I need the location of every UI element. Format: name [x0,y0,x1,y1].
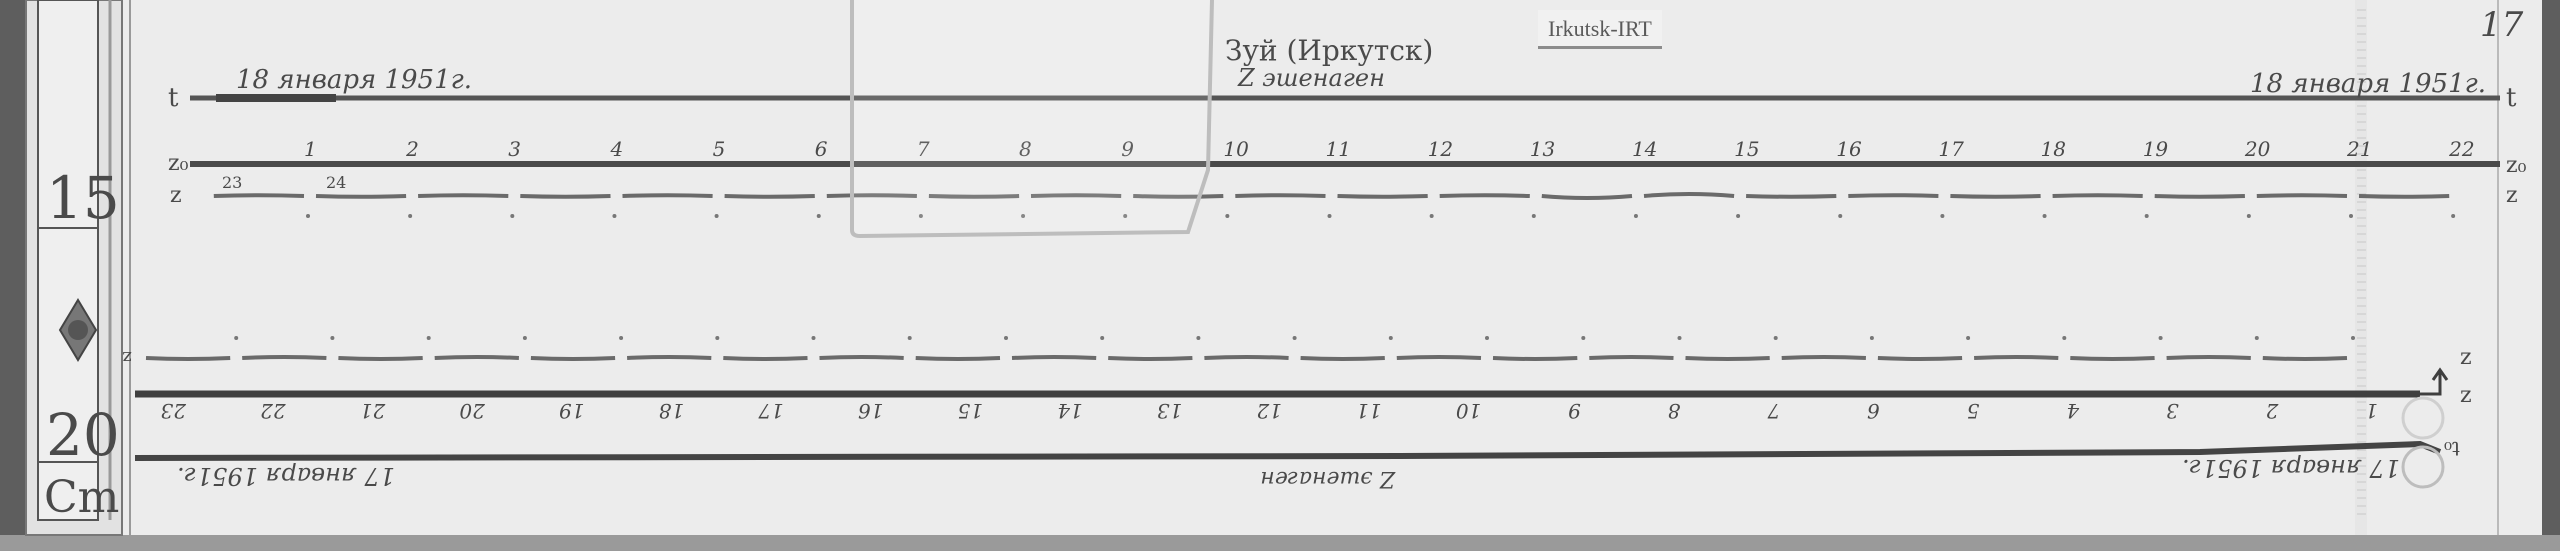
hour-mark-top: 1 [304,137,317,161]
hour-mark-bottom: 11 [1356,399,1381,423]
hour-mark-bottom: 7 [1767,399,1780,423]
hour-dot [1532,214,1536,218]
hour-mark-bottom: 2 [2266,399,2280,423]
hour-dot [1430,214,1434,218]
record-canvas: 1520Cm17tt18 января 1951г.18 января 1951… [0,0,2560,551]
hour-mark-top: 3 [508,137,521,161]
hour-dot [619,336,623,340]
hour-mark-top: 14 [1632,137,1657,161]
hour-mark-top: 20 [2244,137,2271,161]
hour-dot [234,336,238,340]
hour-dot [908,336,912,340]
hour-dot [1940,214,1944,218]
hour-dot [1634,214,1638,218]
ruler: 1520Cm [26,0,122,535]
hour-mark-bottom: 15 [958,399,983,423]
hour-mark-bottom: 5 [1967,399,1980,423]
hour-mark-bottom: 4 [2066,399,2080,423]
hour-mark-top: 6 [815,137,828,161]
hour-dot [1774,336,1778,340]
hour-mark-top: 2 [405,137,419,161]
z-trace-bottom [146,357,2347,359]
hour-dot [2451,214,2455,218]
hour-mark-top: 10 [1223,137,1249,161]
hour-dot [2247,214,2251,218]
hour-dot [2255,336,2259,340]
hour-mark-bottom: 14 [1057,399,1082,423]
station-label: Irkutsk-IRT [1538,10,1662,46]
hour-dot [2159,336,2163,340]
component-title-bottom: Z эшенаген [1260,466,1396,491]
hour-mark-bottom: 16 [858,399,884,423]
hour-dot [510,214,514,218]
t0-label-left: t [168,83,179,113]
station-label-text: Irkutsk-IRT [1548,16,1652,41]
hour-dot [2351,336,2355,340]
hour-dot [1485,336,1489,340]
hour-dot [427,336,431,340]
hour-dot [1966,336,1970,340]
hour-dot [612,214,616,218]
hour-dot [2145,214,2149,218]
z0-label-right-bottom: z [2460,383,2472,408]
date-left-bottom: 17 января 1951г. [177,462,395,490]
hour-dot [1389,336,1393,340]
rivet-head [68,320,88,340]
hour-dot [330,336,334,340]
transparent-film-overlay [852,0,1212,236]
hour-dot [2043,214,2047,218]
hour-dot [1736,214,1740,218]
hour-dot [1838,214,1842,218]
hour-dot [523,336,527,340]
date-right-bottom: 17 января 1951г. [2182,454,2400,482]
t0-label-bottom: t₀ [2444,437,2460,461]
hour-mark-bottom: 1 [2365,399,2378,423]
z-label-left-bottom: z [123,347,132,368]
z-label-left: z [170,183,182,208]
t0-label-right: t [2506,83,2517,113]
paper-edge [0,535,2560,551]
hour-dot [1225,214,1229,218]
z-label-right: z [2506,183,2518,208]
hour-mark-bottom: 19 [559,399,585,423]
hour-mark-top: 22 [2448,137,2474,161]
date-right-top: 18 января 1951г. [2250,69,2486,99]
hour-mark-top: 12 [1428,137,1453,161]
hour-dot [1004,336,1008,340]
component-title-top: Z эшенаген [1237,64,1385,92]
hour-dot [1196,336,1200,340]
ruler-unit: Cm [44,472,119,523]
hour-mark-bottom: 6 [1867,399,1880,423]
hour-mark-top: 5 [713,137,726,161]
hour-mark-bottom: 10 [1456,399,1482,423]
hour-dot [1678,336,1682,340]
hour-dot [812,336,816,340]
hour-mark-top: 4 [609,137,623,161]
hour-mark-bottom: 22 [260,399,286,423]
hour-dot [2349,214,2353,218]
hour-mark-bottom: 9 [1568,399,1581,423]
hour-dot [1328,214,1332,218]
hour-mark-top: 13 [1530,137,1555,161]
hour-mark-bottom: 3 [2166,399,2179,423]
station-handwritten: Зуй (Иркутск) [1225,34,1433,67]
hour-mark-top: 11 [1326,137,1351,161]
hour-mark-top: 16 [1836,137,1862,161]
hour-mark-top: 21 [2346,137,2372,161]
date-left-top: 18 января 1951г. [236,65,472,95]
magnetogram-sheet: 1520Cm17tt18 января 1951г.18 января 1951… [0,0,2560,551]
hour-dot [715,336,719,340]
hour-dot [1293,336,1297,340]
hour-mark-top: 19 [2143,137,2169,161]
hour-mark-top: 18 [2041,137,2066,161]
hour-mark-24: 24 [326,173,346,192]
sheet-number: 17 [2480,5,2524,45]
hour-mark-bottom: 23 [161,399,187,423]
hour-dot [1100,336,1104,340]
hour-mark-top: 17 [1938,137,1964,161]
hour-mark-bottom: 12 [1257,399,1282,423]
hour-dot [715,214,719,218]
z0-label-left: z₀ [168,151,189,176]
hour-mark-bottom: 8 [1668,399,1681,423]
hour-mark-bottom: 21 [360,399,386,423]
hour-dot [817,214,821,218]
hour-mark-bottom: 13 [1157,399,1182,423]
ruler-mark-20: 20 [46,401,120,469]
hour-mark-23: 23 [222,173,242,192]
z-label-right-bottom: z [2460,345,2472,370]
hour-dot [306,214,310,218]
hour-mark-bottom: 17 [758,399,784,423]
hour-dot [2062,336,2066,340]
z0-label-right: z₀ [2506,153,2527,178]
hour-mark-top: 15 [1734,137,1759,161]
hour-mark-bottom: 18 [659,399,684,423]
hour-dot [1581,336,1585,340]
ruler-mark-15: 15 [46,164,120,232]
hour-mark-bottom: 20 [459,399,486,423]
hour-dot [408,214,412,218]
hour-dot [1870,336,1874,340]
